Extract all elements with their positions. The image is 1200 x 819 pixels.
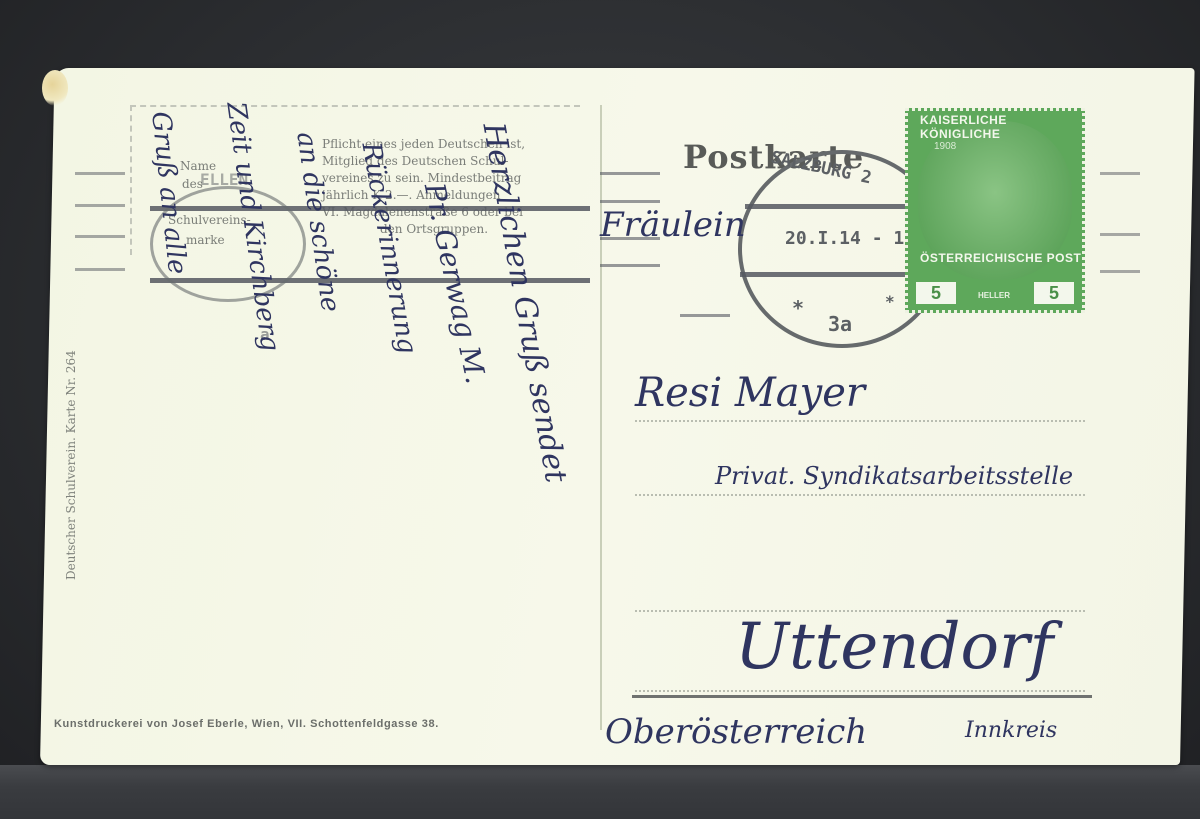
address-line-solid (632, 695, 1092, 698)
stamp-denomination: HELLER (978, 291, 1010, 300)
stamp-year: 1908 (934, 141, 956, 152)
printer-imprint: Kunstdruckerei von Josef Eberle, Wien, V… (54, 718, 439, 730)
destination-city: Uttendorf (735, 610, 1053, 684)
postmark-star-right: * (885, 292, 895, 311)
address-line-4 (635, 690, 1085, 692)
underline-squiggle (708, 508, 783, 512)
notice-box-top (130, 105, 580, 107)
postmark-code: 3a (828, 312, 852, 336)
address-line-1 (635, 420, 1085, 422)
stamp-value-left: 5 (916, 282, 956, 304)
address-line2: Privat. Syndikatsarbeitsstelle (715, 462, 1073, 490)
recipient-name: Resi Mayer (635, 370, 865, 416)
destination-note: Innkreis (965, 718, 1057, 743)
center-divider (600, 105, 602, 730)
stamp-value-right: 5 (1034, 282, 1074, 304)
address-line-2 (635, 494, 1085, 496)
postage-stamp: KAISERLICHE KÖNIGLICHE ÖSTERREICHISCHE P… (905, 108, 1085, 313)
stamp-top-text: KAISERLICHE KÖNIGLICHE (920, 113, 1082, 141)
notice-box-left (130, 105, 132, 255)
corner-stain (42, 70, 68, 106)
postmark-date: 20.I.14 - 1 (785, 228, 904, 249)
side-imprint: Deutscher Schulverein. Karte Nr. 264 (64, 350, 78, 580)
stamp-bottom-text: ÖSTERREICHISCHE POST (920, 251, 1081, 265)
display-ledge (0, 765, 1200, 819)
destination-region: Oberösterreich (605, 712, 867, 752)
salutation: Fräulein (600, 205, 746, 245)
postmark-star-left: * (792, 296, 804, 320)
